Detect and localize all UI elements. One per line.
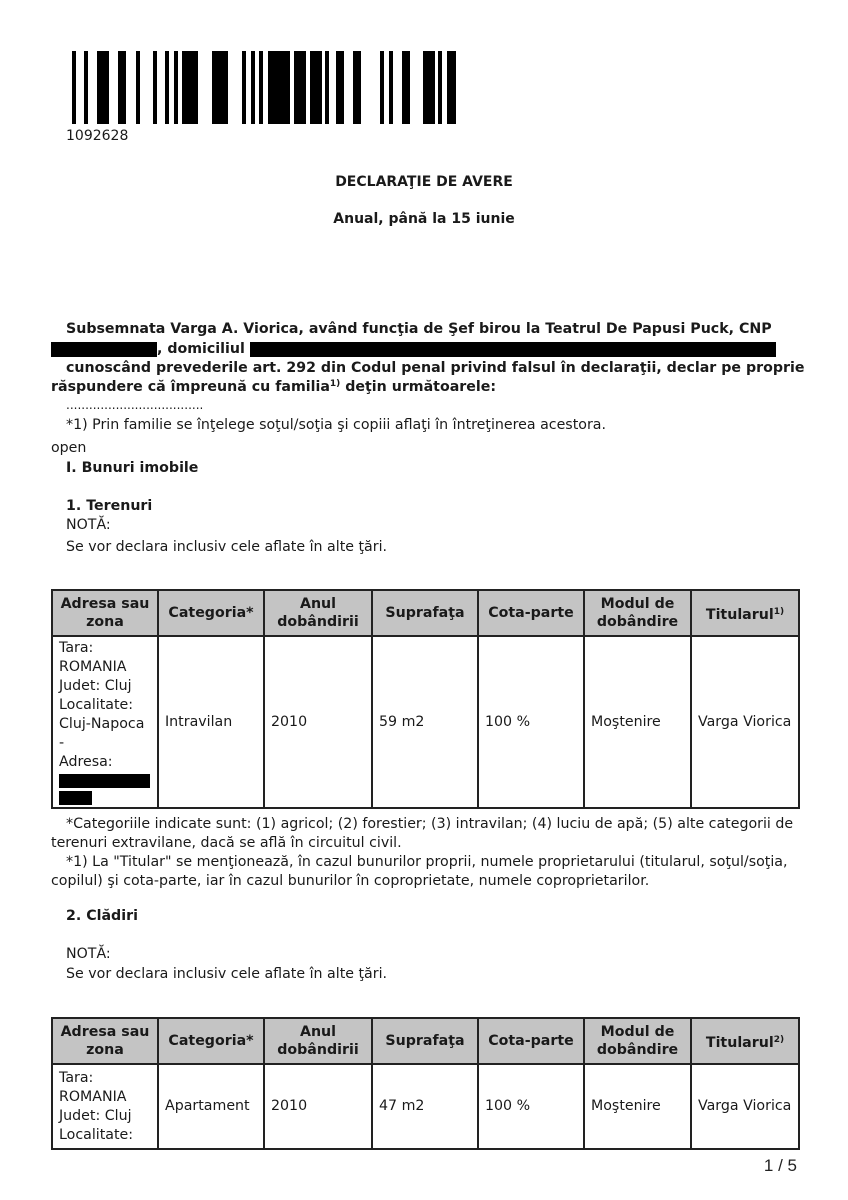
cell-year: 2010: [264, 636, 372, 808]
land-table-header: Adresa sau zona Categoria* Anul dobândir…: [52, 590, 799, 636]
barcode-number: 1092628: [66, 128, 128, 144]
cell-holder: Varga Viorica: [691, 636, 799, 808]
footnote-ref: 1): [330, 379, 340, 389]
col-address: Adresa sau zona: [52, 1018, 158, 1064]
intro-line-4-text: răspundere că împreună cu familia: [51, 379, 330, 395]
cell-year: 2010: [264, 1064, 372, 1149]
cell-share: 100 %: [478, 1064, 584, 1149]
buildings-table-header: Adresa sau zona Categoria* Anul dobândir…: [52, 1018, 799, 1064]
address-line: ROMANIA: [59, 658, 151, 677]
subsection-heading-land: 1. Terenuri: [66, 497, 152, 516]
col-year: Anul dobândirii: [264, 590, 372, 636]
address-lines: Tara:ROMANIAJudet: ClujLocalitate:: [59, 1069, 151, 1145]
address-line: Tara:: [59, 1069, 151, 1088]
cell-area: 59 m2: [372, 636, 478, 808]
col-holder: Titularul1): [691, 590, 799, 636]
land-note-text: Se vor declara inclusiv cele aflate în a…: [66, 538, 387, 557]
intro-line-4: răspundere că împreună cu familia1) deţi…: [51, 376, 791, 396]
address-lines: Tara:ROMANIAJudet: ClujLocalitate:Cluj-N…: [59, 639, 151, 772]
address-line: ROMANIA: [59, 1088, 151, 1107]
intro-line-4-end: deţin următoarele:: [340, 379, 496, 395]
page-number: 1 / 5: [764, 1156, 797, 1176]
address-line: Localitate:: [59, 1126, 151, 1145]
col-mode: Modul de dobândire: [584, 1018, 691, 1064]
address-line: Adresa:: [59, 753, 151, 772]
cell-mode: Moştenire: [584, 1064, 691, 1149]
section-heading-immovable: I. Bunuri imobile: [66, 459, 198, 478]
col-category: Categoria*: [158, 590, 264, 636]
col-share: Cota-parte: [478, 590, 584, 636]
address-line: Tara:: [59, 639, 151, 658]
cell-category: Intravilan: [158, 636, 264, 808]
intro-line-2: , domiciliul: [51, 341, 791, 358]
col-year: Anul dobândirii: [264, 1018, 372, 1064]
buildings-note-label: NOTĂ:: [66, 945, 111, 964]
footnote-ref: 2): [774, 1035, 784, 1045]
col-holder-label: Titularul: [706, 607, 774, 623]
cell-holder: Varga Viorica: [691, 1064, 799, 1149]
col-area: Suprafaţa: [372, 590, 478, 636]
cell-mode: Moştenire: [584, 636, 691, 808]
col-holder-label: Titularul: [706, 1035, 774, 1051]
domicile-label: , domiciliul: [157, 341, 245, 357]
holder-footnote: *1) La "Titular" se menţionează, în cazu…: [51, 853, 811, 891]
redacted-address: [59, 774, 150, 788]
address-line: Judet: Cluj: [59, 1107, 151, 1126]
document-subtitle: Anual, până la 15 iunie: [0, 211, 848, 227]
cell-share: 100 %: [478, 636, 584, 808]
address-line: Judet: Cluj: [59, 677, 151, 696]
cell-address: Tara:ROMANIAJudet: ClujLocalitate:: [52, 1064, 158, 1149]
buildings-table: Adresa sau zona Categoria* Anul dobândir…: [51, 1017, 800, 1150]
category-footnote: *Categoriile indicate sunt: (1) agricol;…: [51, 815, 811, 853]
cell-area: 47 m2: [372, 1064, 478, 1149]
land-table: Adresa sau zona Categoria* Anul dobândir…: [51, 589, 800, 809]
family-footnote: *1) Prin familie se înţelege soţul/soţia…: [66, 416, 606, 435]
stray-text: open: [51, 439, 86, 458]
redacted-domicile: [250, 342, 776, 357]
intro-line-3: cunoscând prevederile art. 292 din Codul…: [66, 360, 806, 377]
address-line: Localitate:: [59, 696, 151, 715]
col-category: Categoria*: [158, 1018, 264, 1064]
subsection-heading-buildings: 2. Clădiri: [66, 907, 138, 926]
col-mode: Modul de dobândire: [584, 590, 691, 636]
col-share: Cota-parte: [478, 1018, 584, 1064]
intro-line-1: Subsemnata Varga A. Viorica, având funcţ…: [66, 321, 806, 338]
buildings-note-text: Se vor declara inclusiv cele aflate în a…: [66, 965, 387, 984]
table-row: Tara:ROMANIAJudet: ClujLocalitate: Apart…: [52, 1064, 799, 1149]
address-line: Cluj-Napoca -: [59, 715, 151, 753]
col-address: Adresa sau zona: [52, 590, 158, 636]
dotted-line: ....................................: [66, 398, 203, 412]
table-row: Tara:ROMANIAJudet: ClujLocalitate:Cluj-N…: [52, 636, 799, 808]
land-note-label: NOTĂ:: [66, 516, 111, 535]
footnote-ref: 1): [774, 607, 784, 617]
redacted-cnp: [51, 342, 157, 357]
col-area: Suprafaţa: [372, 1018, 478, 1064]
cell-address: Tara:ROMANIAJudet: ClujLocalitate:Cluj-N…: [52, 636, 158, 808]
redacted-address: [59, 791, 92, 805]
col-holder: Titularul2): [691, 1018, 799, 1064]
cell-category: Apartament: [158, 1064, 264, 1149]
document-title: DECLARAŢIE DE AVERE: [0, 174, 848, 190]
barcode-icon: [72, 51, 458, 124]
